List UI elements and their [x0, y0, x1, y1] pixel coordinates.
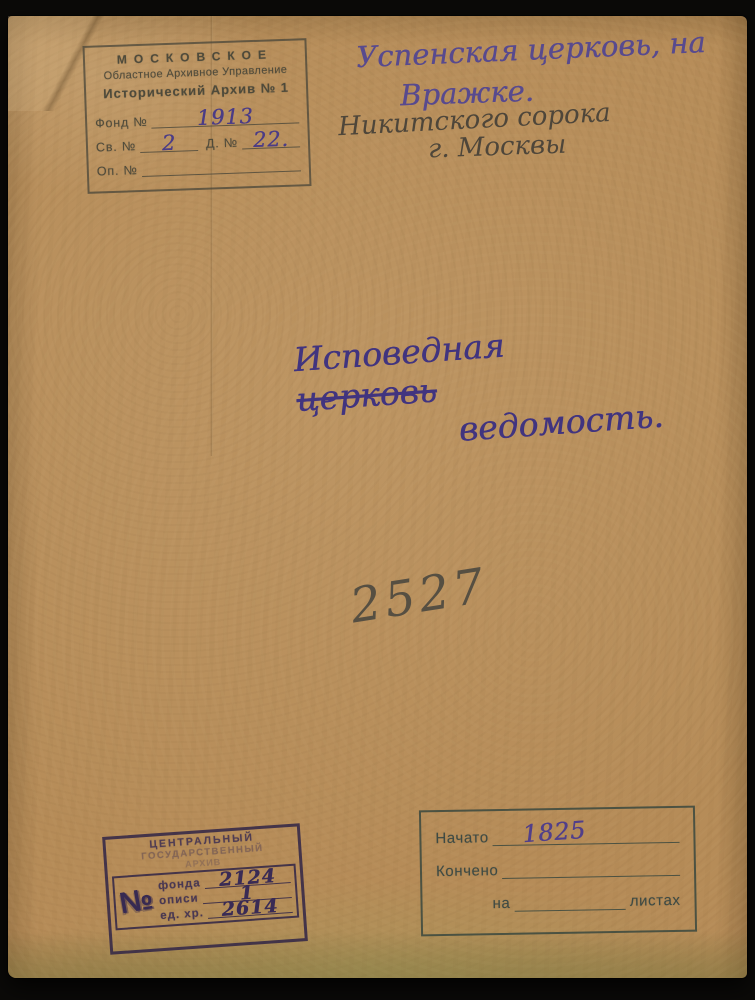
stamp-opis-label: описи	[159, 892, 203, 907]
started-underline: 1825	[493, 827, 680, 846]
stamp-item-underline: 2614	[207, 900, 293, 919]
sv-underline: 2	[140, 136, 198, 153]
opis-row: Оп. №	[97, 156, 301, 178]
started-value-handwritten: 1825	[522, 818, 587, 846]
stamp-item-label: ед. хр.	[160, 907, 208, 922]
folder-cover-paper: МОСКОВСКОЕ Областное Архивное Управление…	[8, 16, 747, 978]
sheets-prefix-label: на	[492, 895, 514, 912]
delo-label: Д. №	[198, 135, 242, 151]
finished-label: Кончено	[436, 862, 503, 880]
pencil-page-number: 2527	[346, 558, 491, 635]
dates-box: Начато 1825 Кончено на листах	[419, 806, 697, 937]
stamp-fond-label: фонда	[158, 877, 205, 892]
church-title-pencil-line2: г. Москвы	[428, 130, 567, 165]
scanned-archive-cover: { "colors": { "background": "#0b0a08", "…	[0, 0, 755, 1000]
stamp-item-value: 2614	[207, 896, 293, 921]
fond-underline: 1913	[151, 108, 299, 128]
fond-label: Фонд №	[95, 115, 152, 131]
numero-symbol: №	[117, 882, 156, 921]
moscow-archive-stamp: МОСКОВСКОЕ Областное Архивное Управление…	[82, 38, 311, 194]
subject-word1: Исповедная	[292, 326, 506, 380]
subject-line2: ведомость.	[457, 397, 649, 450]
finished-underline	[502, 860, 680, 879]
delo-underline: 22.	[242, 132, 300, 149]
sv-label: Св. №	[96, 139, 140, 155]
sheets-suffix-label: листах	[626, 892, 681, 910]
church-title-ink-line1: Успенская церковь, на	[355, 24, 736, 75]
central-archive-stamp: ЦЕНТРАЛЬНЫЙ ГОСУДАРСТВЕННЫЙ АРХИВ № фонд…	[102, 823, 308, 955]
started-label: Начато	[435, 829, 493, 847]
stamp-org-line3: Исторический Архив № 1	[94, 79, 298, 101]
finished-row: Кончено	[436, 859, 680, 880]
opis-label: Оп. №	[97, 163, 142, 179]
lower-stamp-inner-box: № фонда 2124 описи 1 ед. хр.	[112, 864, 299, 931]
started-row: Начато 1825	[435, 826, 679, 847]
sv-delo-row: Св. № 2 Д. № 22.	[96, 132, 300, 154]
lower-stamp-fields: фонда 2124 описи 1 ед. хр. 2614	[158, 868, 293, 922]
opis-underline	[141, 156, 301, 177]
document-subject-handwriting: Исповедная церковь ведомость.	[292, 316, 650, 461]
sheets-row: на листах	[436, 892, 680, 913]
subject-struck-word: церковь	[295, 370, 438, 419]
sv-value-handwritten: 2	[140, 132, 199, 155]
delo-value-handwritten: 22.	[242, 128, 301, 151]
sheets-underline	[514, 894, 626, 912]
